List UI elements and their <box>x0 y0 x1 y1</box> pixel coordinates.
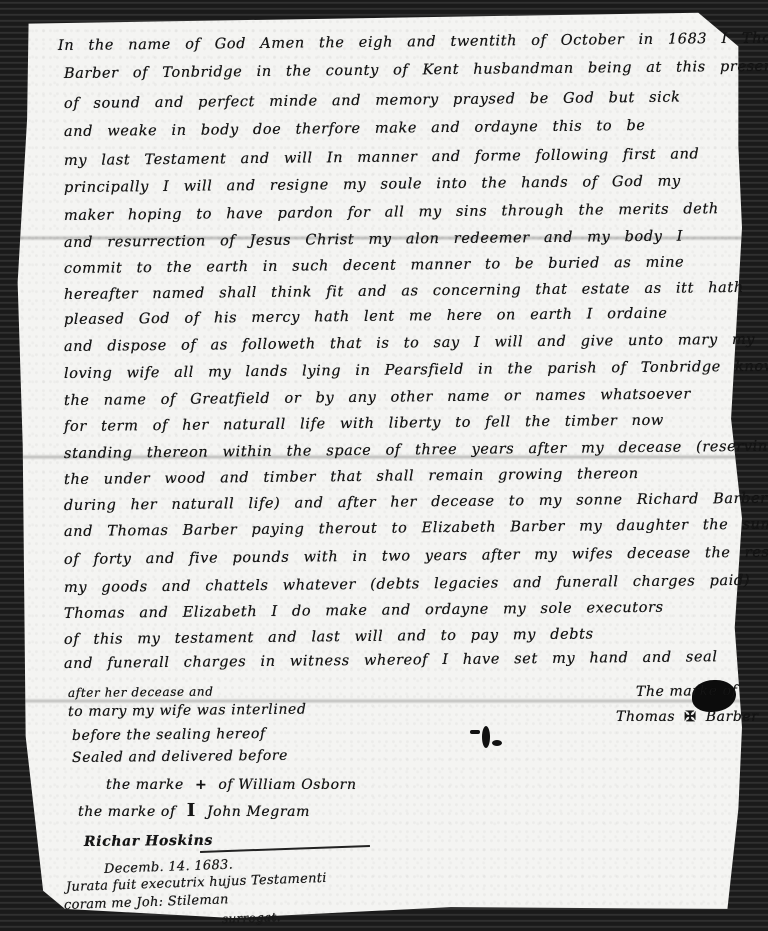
postscript-line-2: to mary my wife was interlined <box>68 702 307 720</box>
witness-1: the marke + of William Osborn <box>106 774 357 793</box>
witness-heading: Sealed and delivered before <box>72 748 288 766</box>
testator-signature: Thomas ✠ Barber <box>616 706 759 725</box>
witness-2: the marke of I John Megram <box>78 800 310 821</box>
probate-line-4: surrogat. <box>222 910 281 926</box>
witness-2-name: John Megram <box>207 804 310 820</box>
testator-mark-icon: ✠ <box>684 709 696 725</box>
testator-first-name: Thomas <box>616 709 675 725</box>
witness-1-prefix: the marke <box>106 777 184 793</box>
witness-3-signature: Richar Hoskins <box>84 833 213 850</box>
testator-mark-label: The marke of <box>636 683 738 700</box>
witness-2-prefix: the marke of <box>78 804 176 820</box>
ink-blot <box>482 726 490 748</box>
postscript-line-1: after her decease and <box>68 684 214 700</box>
witness-1-name: of William Osborn <box>218 777 356 793</box>
witness-1-mark-icon: + <box>195 777 207 793</box>
witness-2-mark-icon: I <box>187 800 196 821</box>
ink-blot <box>492 740 502 746</box>
postscript-line-3: before the sealing hereof <box>72 726 266 744</box>
ink-blot <box>470 730 480 734</box>
testator-last-name: Barber <box>706 709 759 725</box>
